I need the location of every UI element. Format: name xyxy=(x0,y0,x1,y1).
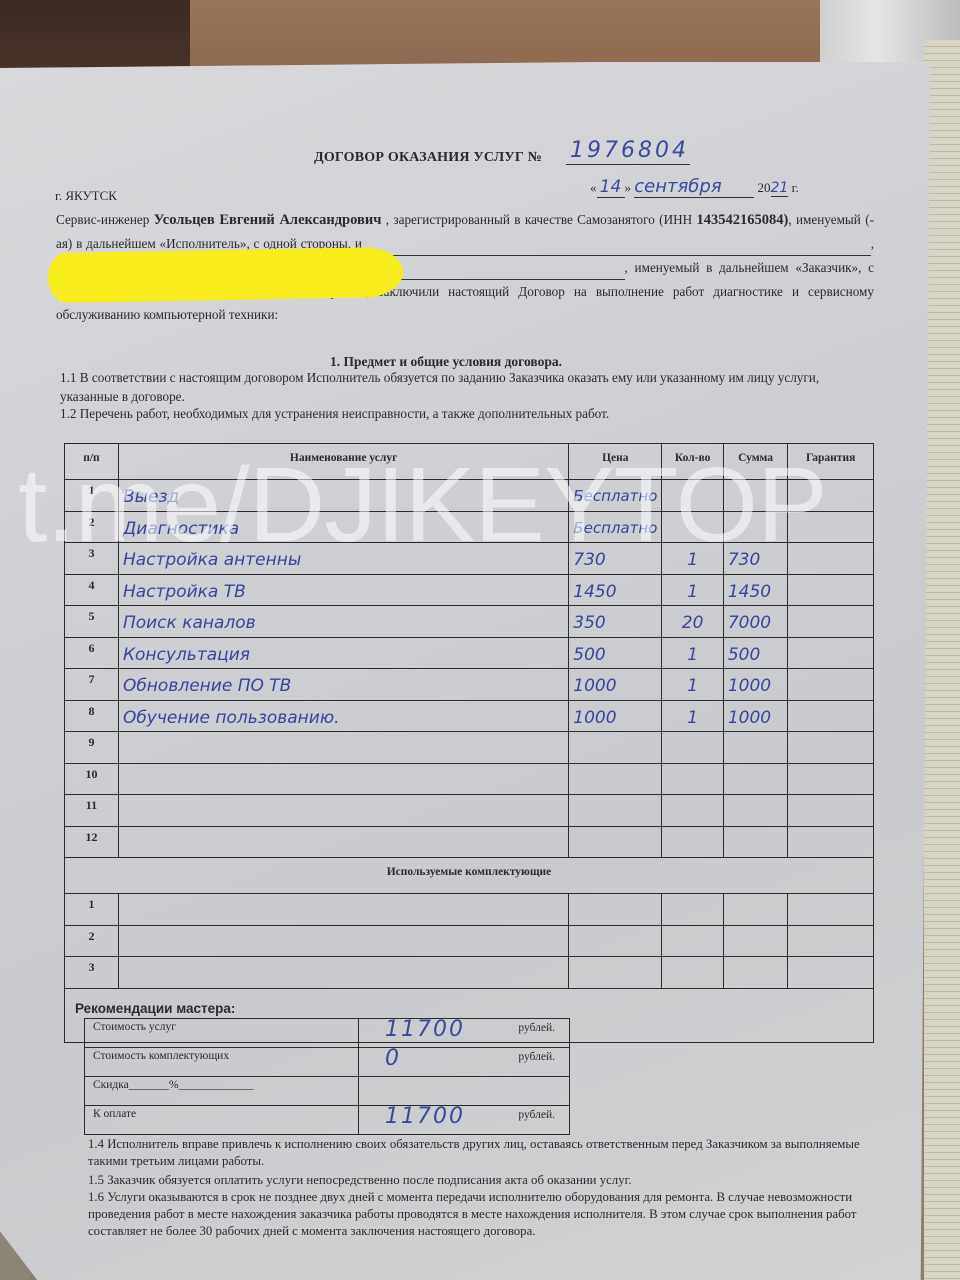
clause-1-6: 1.6 Услуги оказываются в срок не позднее… xyxy=(88,1189,872,1240)
service-name: Поиск каналов xyxy=(123,613,564,633)
part-quantity xyxy=(662,894,723,926)
service-quantity: 1 xyxy=(666,550,718,570)
row-number: 7 xyxy=(65,669,119,701)
services-table: п/п Наименование услуг Цена Кол-во Сумма… xyxy=(64,443,874,1043)
document-title: ДОГОВОР ОКАЗАНИЯ УСЛУГ № xyxy=(314,150,542,166)
service-row: 9 xyxy=(65,732,874,764)
date-year-suffix: 21 xyxy=(771,180,789,197)
part-name xyxy=(118,925,568,957)
date-day: 14 xyxy=(597,177,625,198)
row-number: 4 xyxy=(65,574,119,606)
totals-value: 0 xyxy=(385,1046,401,1071)
service-sum: 500 xyxy=(728,645,783,665)
row-number: 10 xyxy=(65,763,119,795)
totals-row: Стоимость комплектующих0рублей. xyxy=(85,1048,570,1077)
clause-1-2: 1.2 Перечень работ, необходимых для устр… xyxy=(60,404,872,423)
service-row: 10 xyxy=(65,763,874,795)
part-sum xyxy=(723,925,787,957)
date-close-quote: » xyxy=(625,180,632,195)
row-number: 3 xyxy=(65,543,119,575)
part-quantity xyxy=(662,957,723,989)
service-row: 2ДиагностикаБесплатно xyxy=(65,511,874,543)
intro-text-1: , зарегистрированный в качестве Самозаня… xyxy=(386,212,692,227)
service-name: Настройка ТВ xyxy=(123,582,564,602)
part-row: 1 xyxy=(65,894,874,926)
service-row: 5Поиск каналов350207000 xyxy=(65,606,874,638)
parts-heading-row: Используемые комплектующие xyxy=(65,858,874,894)
service-row: 3Настройка антенны7301730 xyxy=(65,543,874,575)
background-wood xyxy=(190,0,830,70)
parts-heading: Используемые комплектующие xyxy=(65,858,874,894)
executor-inn: 143542165084) xyxy=(697,212,789,228)
service-price: 1000 xyxy=(573,676,657,696)
row-number: 9 xyxy=(65,732,119,764)
part-price xyxy=(569,925,662,957)
row-number: 1 xyxy=(65,480,119,512)
totals-label: Скидка_______%_____________ xyxy=(85,1077,359,1106)
part-row-number: 3 xyxy=(65,957,119,989)
totals-label: Стоимость услуг xyxy=(85,1019,359,1048)
contract-date: «14» сентября 2021 г. xyxy=(590,176,799,198)
service-name: Выезд xyxy=(123,487,564,507)
header-number: п/п xyxy=(65,444,119,480)
row-number: 5 xyxy=(65,606,119,638)
service-quantity: 1 xyxy=(666,676,718,696)
customer-name-line xyxy=(366,232,871,256)
part-warranty xyxy=(788,925,874,957)
totals-row: К оплате11700рублей. xyxy=(85,1106,570,1135)
row-number: 2 xyxy=(65,511,119,543)
totals-label: Стоимость комплектующих xyxy=(85,1048,359,1077)
service-price: 350 xyxy=(573,613,657,633)
part-row-number: 1 xyxy=(65,894,119,926)
executor-name: Усольцев Евгений Александрович xyxy=(154,212,382,228)
part-price xyxy=(569,957,662,989)
part-sum xyxy=(723,957,787,989)
header-quantity: Кол-во xyxy=(662,444,723,480)
row-number: 6 xyxy=(65,637,119,669)
service-price: Бесплатно xyxy=(573,519,657,537)
header-warranty: Гарантия xyxy=(788,444,874,480)
part-row-number: 2 xyxy=(65,925,119,957)
service-name: Обновление ПО ТВ xyxy=(123,676,564,696)
city: г. ЯКУТСК xyxy=(55,188,117,204)
service-quantity: 20 xyxy=(666,613,718,633)
service-quantity: 1 xyxy=(666,708,718,728)
service-name: Диагностика xyxy=(123,519,564,539)
clause-1-1: 1.1 В соответствии с настоящим договором… xyxy=(60,368,872,406)
totals-label: К оплате xyxy=(85,1106,359,1135)
service-price: 1450 xyxy=(573,582,657,602)
part-warranty xyxy=(788,894,874,926)
totals-row: Скидка_______%_____________ xyxy=(85,1077,570,1106)
service-quantity: 1 xyxy=(666,582,718,602)
services-table-header: п/п Наименование услуг Цена Кол-во Сумма… xyxy=(65,444,874,480)
totals-unit: рублей. xyxy=(518,1109,555,1121)
contract-number-line xyxy=(566,164,690,165)
service-row: 8Обучение пользованию.100011000 xyxy=(65,700,874,732)
header-sum: Сумма xyxy=(723,444,787,480)
part-sum xyxy=(723,894,787,926)
part-price xyxy=(569,894,662,926)
date-year-prefix: 20 xyxy=(758,180,771,195)
service-sum: 1000 xyxy=(728,676,783,696)
service-sum: 7000 xyxy=(728,613,783,633)
service-row: 4Настройка ТВ145011450 xyxy=(65,574,874,606)
service-sum: 730 xyxy=(728,550,783,570)
service-name: Обучение пользованию. xyxy=(123,708,564,728)
service-row: 12 xyxy=(65,826,874,858)
totals-value: 11700 xyxy=(385,1017,465,1042)
part-name xyxy=(118,894,568,926)
row-number: 12 xyxy=(65,826,119,858)
date-year-label: г. xyxy=(792,180,799,195)
service-row: 1ВыездБесплатно xyxy=(65,480,874,512)
service-price: Бесплатно xyxy=(573,487,657,505)
part-name xyxy=(118,957,568,989)
part-row: 2 xyxy=(65,925,874,957)
service-sum: 1000 xyxy=(728,708,783,728)
service-row: 11 xyxy=(65,795,874,827)
background-right-surface xyxy=(924,40,960,1280)
clause-1-4: 1.4 Исполнитель вправе привлечь к исполн… xyxy=(88,1136,872,1170)
totals-table: Стоимость услуг11700рублей.Стоимость ком… xyxy=(84,1018,570,1135)
service-row: 7Обновление ПО ТВ100011000 xyxy=(65,669,874,701)
row-number: 11 xyxy=(65,795,119,827)
service-price: 1000 xyxy=(573,708,657,728)
service-sum: 1450 xyxy=(728,582,783,602)
service-price: 500 xyxy=(573,645,657,665)
totals-value: 11700 xyxy=(385,1104,465,1129)
row-number: 8 xyxy=(65,700,119,732)
redaction-mark xyxy=(48,247,404,303)
service-quantity: 1 xyxy=(666,645,718,665)
date-month: сентября xyxy=(634,176,754,198)
header-price: Цена xyxy=(569,444,662,480)
part-warranty xyxy=(788,957,874,989)
totals-unit: рублей. xyxy=(518,1051,555,1063)
clause-1-5: 1.5 Заказчик обязуется оплатить услуги н… xyxy=(88,1172,872,1189)
totals-unit: рублей. xyxy=(518,1022,555,1034)
header-service-name: Наименование услуг xyxy=(118,444,568,480)
intro-role: Сервис-инженер xyxy=(56,212,149,227)
service-price: 730 xyxy=(573,550,657,570)
part-quantity xyxy=(662,925,723,957)
contract-number: 1976804 xyxy=(570,138,689,163)
service-name: Консультация xyxy=(123,645,564,665)
totals-row: Стоимость услуг11700рублей. xyxy=(85,1019,570,1048)
service-name: Настройка антенны xyxy=(123,550,564,570)
service-row: 6Консультация5001500 xyxy=(65,637,874,669)
part-row: 3 xyxy=(65,957,874,989)
